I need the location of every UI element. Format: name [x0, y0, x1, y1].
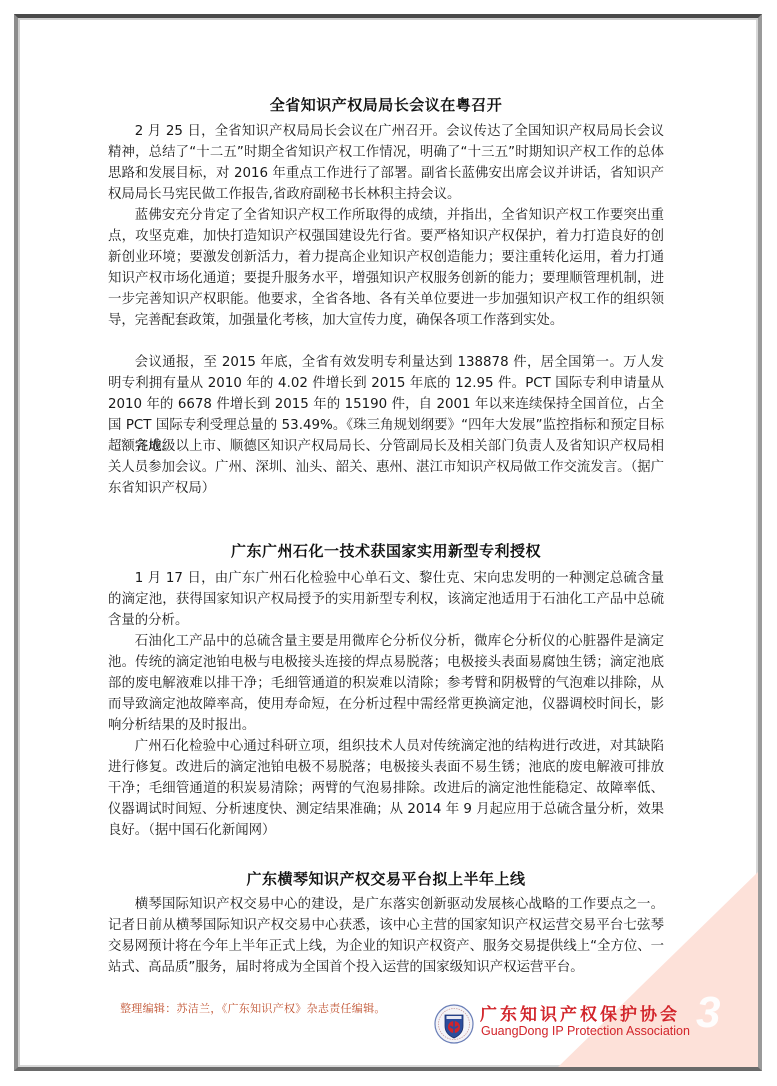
- article-paragraph: 1 月 17 日，由广东广州石化检验中心单石文、黎仕克、宋向忠发明的一种测定总硫…: [108, 568, 664, 631]
- article-paragraph: 2 月 25 日，全省知识产权局局长会议在广州召开。会议传达了全国知识产权局局长…: [108, 121, 664, 205]
- organization-name-english: GuangDong IP Protection Association: [481, 1024, 690, 1038]
- article-paragraph: 各地级以上市、顺德区知识产权局局长、分管副局长及相关部门负责人及省知识产权局相关…: [108, 436, 664, 499]
- association-emblem-icon: [434, 1004, 474, 1044]
- article-paragraph: 石油化工产品中的总硫含量主要是用微库仑分析仪分析，微库仑分析仪的心脏器件是滴定池…: [108, 631, 664, 736]
- article-paragraph: 横琴国际知识产权交易中心的建设，是广东落实创新驱动发展核心战略的工作要点之一。记…: [108, 894, 664, 978]
- article-paragraph: 广州石化检验中心通过科研立项，组织技术人员对传统滴定池的结构进行改进，对其缺陷进…: [108, 736, 664, 841]
- article-title: 广东广州石化一技术获国家实用新型专利授权: [108, 540, 664, 561]
- editor-note: 整理编辑：苏洁兰，《广东知识产权》杂志责任编辑。: [120, 1000, 386, 1016]
- page-number: 3: [696, 988, 720, 1038]
- organization-name-chinese: 广东知识产权保护协会: [480, 1000, 680, 1025]
- article-title: 全省知识产权局局长会议在粤召开: [108, 94, 664, 115]
- article-title: 广东横琴知识产权交易平台拟上半年上线: [108, 868, 664, 889]
- article-paragraph: 蓝佛安充分肯定了全省知识产权工作所取得的成绩，并指出，全省知识产权工作要突出重点…: [108, 205, 664, 331]
